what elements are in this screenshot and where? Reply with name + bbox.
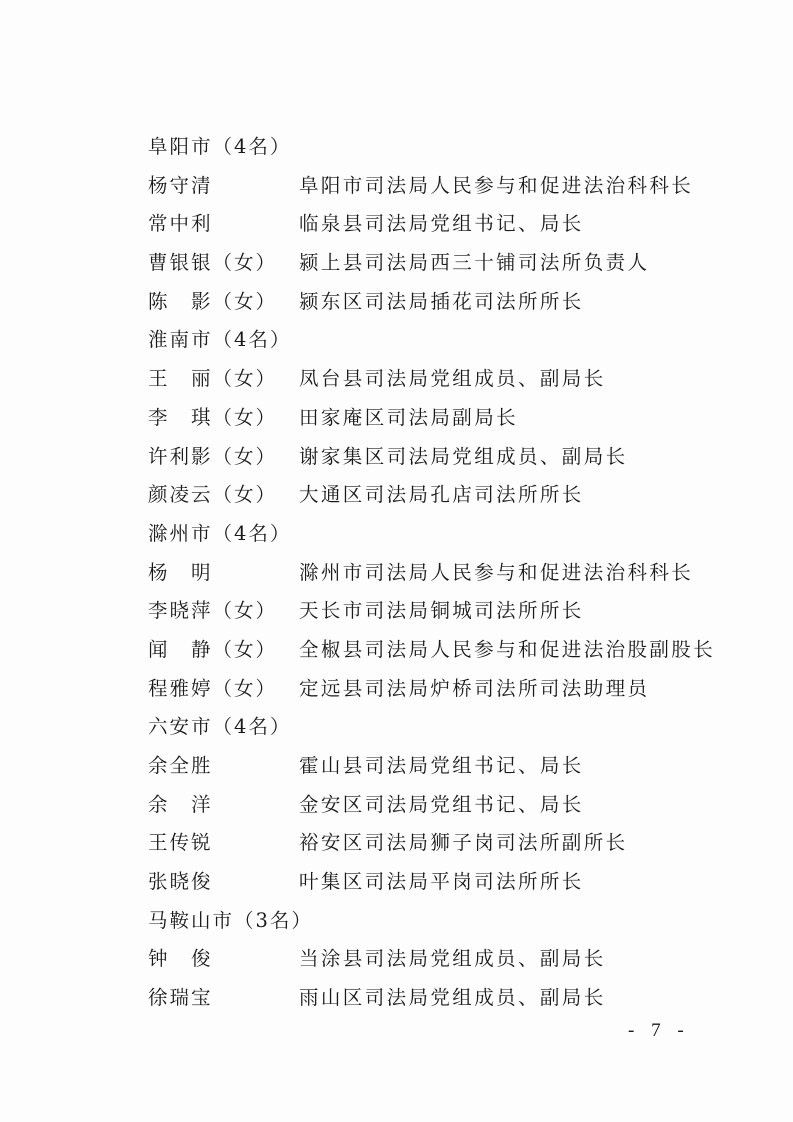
person-name: 徐瑞宝 (148, 979, 288, 1018)
document-page: 阜阳市（4名） 杨守清 阜阳市司法局人民参与和促进法治科科长 常中利 临泉县司法… (0, 0, 793, 1122)
person-name: 余 洋 (148, 786, 288, 825)
list-item: 常中利 临泉县司法局党组书记、局长 (148, 205, 708, 244)
city-heading: 阜阳市（4名） (148, 128, 708, 167)
list-item: 余 洋 金安区司法局党组书记、局长 (148, 786, 708, 825)
person-name: 王 丽（女） (148, 360, 288, 399)
person-name: 许利影（女） (148, 438, 288, 477)
person-name: 颜凌云（女） (148, 476, 288, 515)
list-item: 徐瑞宝 雨山区司法局党组成员、副局长 (148, 979, 708, 1018)
person-position: 凤台县司法局党组成员、副局长 (299, 360, 606, 399)
list-item: 王 丽（女） 凤台县司法局党组成员、副局长 (148, 360, 708, 399)
list-item: 李 琪（女） 田家庵区司法局副局长 (148, 399, 708, 438)
award-list: 阜阳市（4名） 杨守清 阜阳市司法局人民参与和促进法治科科长 常中利 临泉县司法… (148, 128, 708, 1018)
list-item: 余全胜 霍山县司法局党组书记、局长 (148, 747, 708, 786)
person-position: 大通区司法局孔店司法所所长 (299, 476, 584, 515)
list-item: 曹银银（女） 颍上县司法局西三十铺司法所负责人 (148, 244, 708, 283)
person-name: 王传锐 (148, 824, 288, 863)
list-item: 颜凌云（女） 大通区司法局孔店司法所所长 (148, 476, 708, 515)
person-name: 程雅婷（女） (148, 670, 288, 709)
list-item: 钟 俊 当涂县司法局党组成员、副局长 (148, 940, 708, 979)
list-item: 闻 静（女） 全椒县司法局人民参与和促进法治股副股长 (148, 631, 708, 670)
list-item: 杨守清 阜阳市司法局人民参与和促进法治科科长 (148, 167, 708, 206)
page-number: - 7 - (628, 1020, 690, 1042)
list-item: 王传锐 裕安区司法局狮子岗司法所副所长 (148, 824, 708, 863)
list-item: 陈 影（女） 颍东区司法局插花司法所所长 (148, 283, 708, 322)
list-item: 许利影（女） 谢家集区司法局党组成员、副局长 (148, 438, 708, 477)
person-position: 天长市司法局铜城司法所所长 (299, 592, 584, 631)
person-name: 杨守清 (148, 167, 288, 206)
person-position: 田家庵区司法局副局长 (299, 399, 518, 438)
person-position: 颍东区司法局插花司法所所长 (299, 283, 584, 322)
list-item: 杨 明 滁州市司法局人民参与和促进法治科科长 (148, 554, 708, 593)
person-name: 钟 俊 (148, 940, 288, 979)
person-name: 陈 影（女） (148, 283, 288, 322)
person-position: 定远县司法局炉桥司法所司法助理员 (299, 670, 649, 709)
list-item: 张晓俊 叶集区司法局平岗司法所所长 (148, 863, 708, 902)
person-name: 余全胜 (148, 747, 288, 786)
person-position: 雨山区司法局党组成员、副局长 (299, 979, 606, 1018)
person-name: 杨 明 (148, 554, 288, 593)
city-heading: 淮南市（4名） (148, 321, 708, 360)
person-name: 张晓俊 (148, 863, 288, 902)
city-heading: 马鞍山市（3名） (148, 902, 708, 941)
person-position: 霍山县司法局党组书记、局长 (299, 747, 584, 786)
person-position: 颍上县司法局西三十铺司法所负责人 (299, 244, 649, 283)
list-item: 李晓萍（女） 天长市司法局铜城司法所所长 (148, 592, 708, 631)
person-name: 闻 静（女） (148, 631, 288, 670)
person-name: 常中利 (148, 205, 288, 244)
person-position: 叶集区司法局平岗司法所所长 (299, 863, 584, 902)
person-position: 裕安区司法局狮子岗司法所副所长 (299, 824, 628, 863)
person-position: 临泉县司法局党组书记、局长 (299, 205, 584, 244)
person-position: 滁州市司法局人民参与和促进法治科科长 (299, 554, 693, 593)
person-position: 当涂县司法局党组成员、副局长 (299, 940, 606, 979)
person-position: 阜阳市司法局人民参与和促进法治科科长 (299, 167, 693, 206)
person-name: 李晓萍（女） (148, 592, 288, 631)
person-name: 曹银银（女） (148, 244, 288, 283)
person-position: 全椒县司法局人民参与和促进法治股副股长 (299, 631, 715, 670)
person-position: 谢家集区司法局党组成员、副局长 (299, 438, 628, 477)
person-name: 李 琪（女） (148, 399, 288, 438)
person-position: 金安区司法局党组书记、局长 (299, 786, 584, 825)
city-heading: 滁州市（4名） (148, 515, 708, 554)
list-item: 程雅婷（女） 定远县司法局炉桥司法所司法助理员 (148, 670, 708, 709)
city-heading: 六安市（4名） (148, 708, 708, 747)
